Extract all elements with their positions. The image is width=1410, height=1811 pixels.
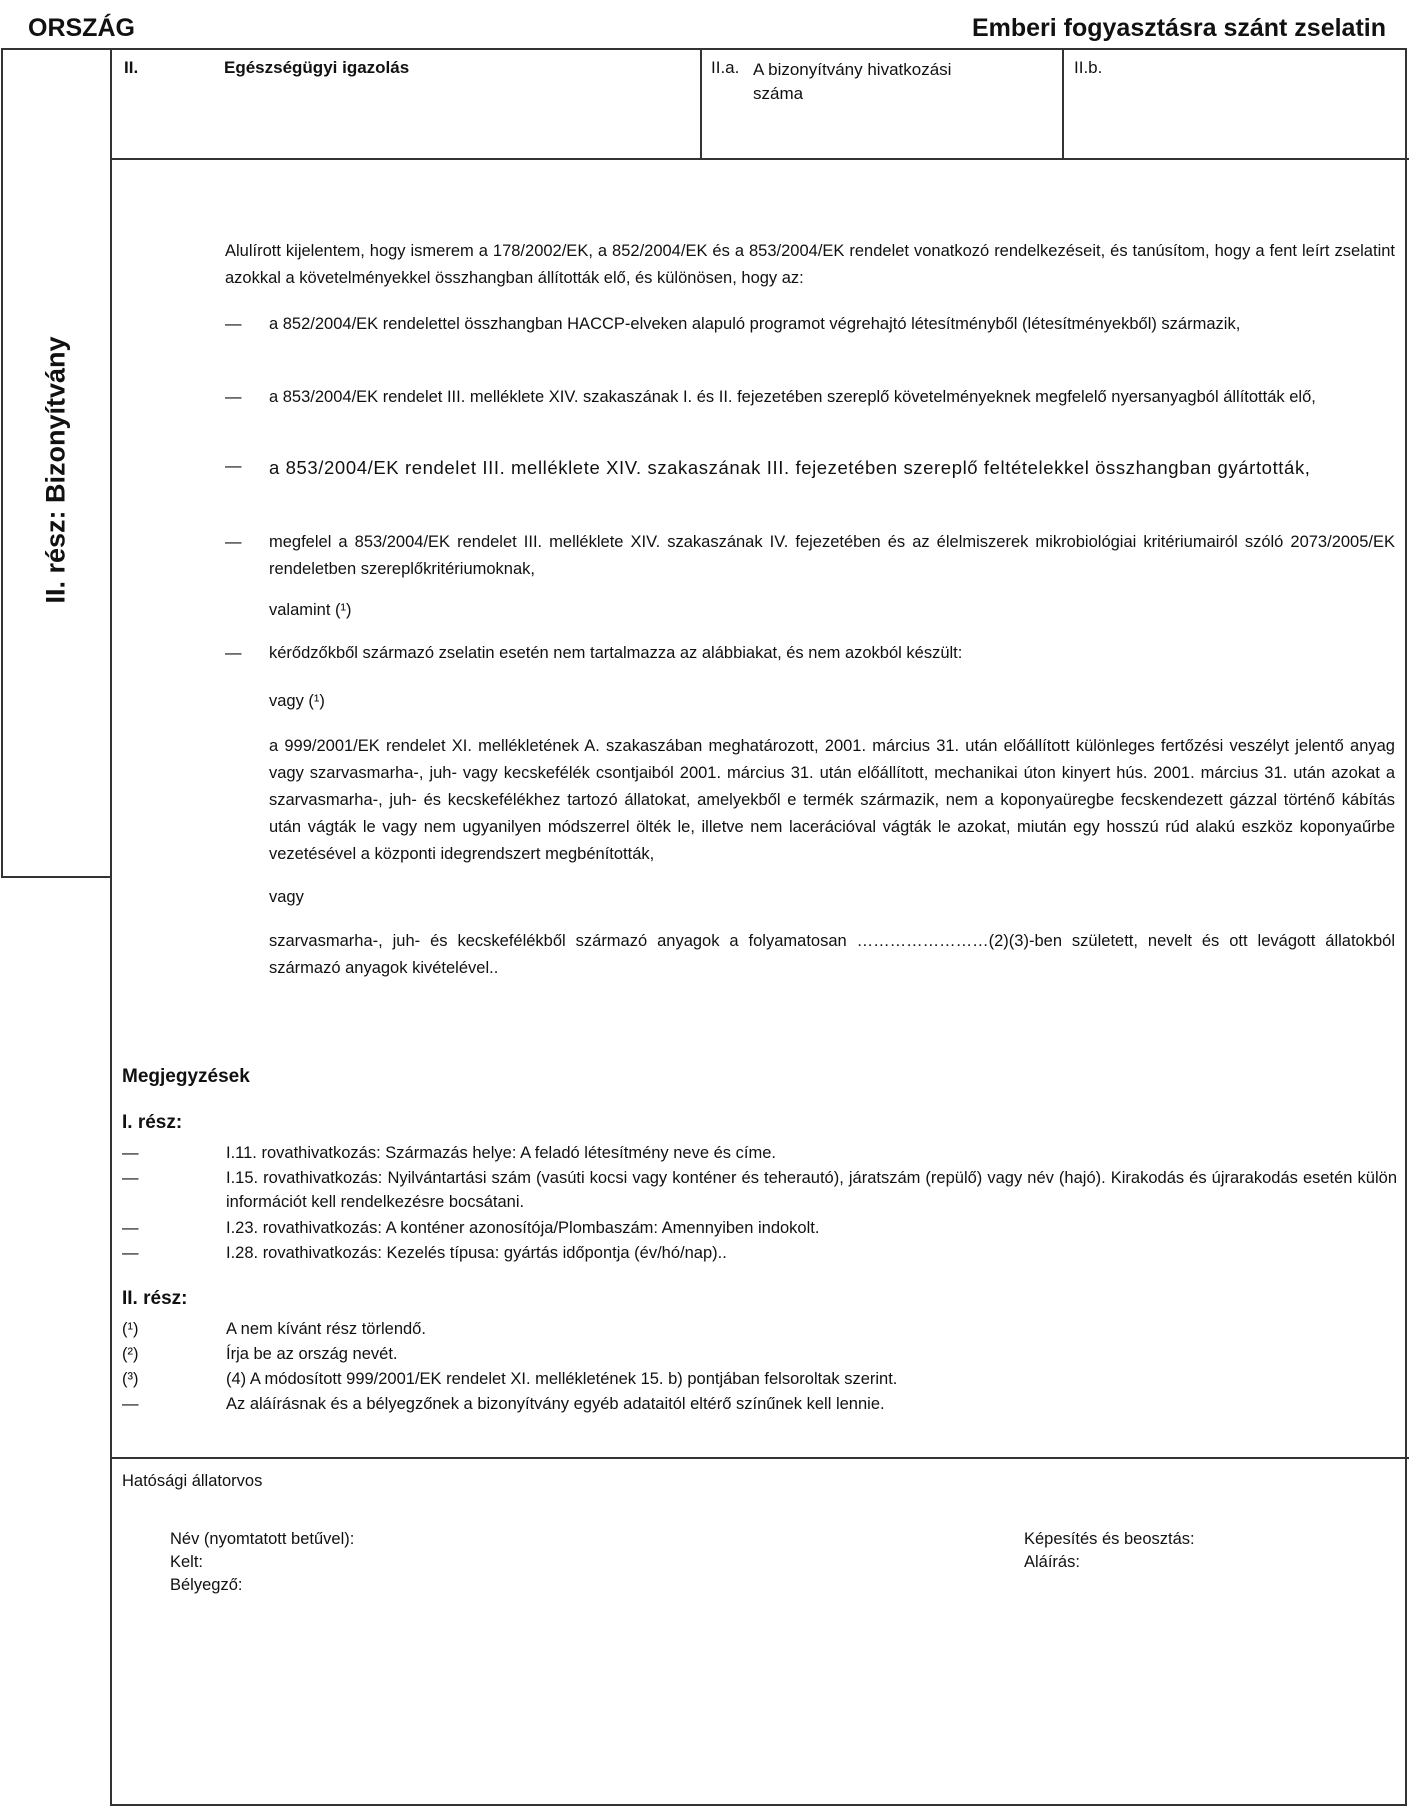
note-item: — Az aláírásnak és a bélyegzőnek a bizon… [122,1392,1397,1416]
signature-label: Aláírás: [1024,1553,1080,1572]
note-item: (¹) A nem kívánt rész törlendő. [122,1317,1397,1341]
column-divider-b [1062,48,1064,159]
signature-title: Hatósági állatorvos [122,1472,262,1491]
notes-part1-title: I. rész: [122,1112,182,1134]
vagy-option-1: vagy (¹) [269,688,1395,715]
ref-label-line1: A bizonyítvány hivatkozási [753,58,951,82]
date-field[interactable] [230,1551,960,1573]
valamint-text: valamint (¹) [269,597,1395,624]
certificate-reference-field[interactable] [711,110,1056,154]
column-divider-a [700,48,702,159]
note-item: — I.11. rovathivatkozás: Származás helye… [122,1141,1397,1165]
note-item: (³) (4) A módosított 999/2001/EK rendele… [122,1367,1397,1391]
qualification-label: Képesítés és beosztás: [1024,1530,1195,1549]
box-b-field[interactable] [1074,80,1399,152]
signature-field[interactable] [1100,1551,1395,1611]
dash-bullet: — [225,453,242,480]
stamp-area[interactable] [170,1600,960,1790]
dash-bullet: — [225,384,242,411]
dash-bullet: — [225,640,242,667]
certification-item: — megfelel a 853/2004/EK rendelet III. m… [225,529,1395,583]
name-label: Név (nyomtatott betűvel): [170,1530,354,1549]
note-item: — I.28. rovathivatkozás: Kezelés típusa:… [122,1241,1397,1265]
dash-bullet: — [225,529,242,556]
certification-item: — a 852/2004/EK rendelettel összhangban … [225,311,1395,338]
ref-label: A bizonyítvány hivatkozási száma [753,58,951,106]
note-item: (²) Írja be az ország nevét. [122,1342,1397,1366]
name-field[interactable] [400,1528,960,1550]
notes-title: Megjegyzések [122,1066,250,1088]
note-item: — I.23. rovathivatkozás: A konténer azon… [122,1216,1397,1240]
option-b-text: szarvasmarha-, juh- és kecskefélékből sz… [269,928,1395,982]
side-label: II. rész: Bizonyítvány [41,336,72,603]
ruminant-item: — kérődzőkből származó zselatin esetén n… [225,640,1395,667]
note-item: — I.15. rovathivatkozás: Nyilvántartási … [122,1166,1397,1214]
section-number: II. [124,58,138,78]
dash-bullet: — [225,311,242,338]
document-title: Emberi fogyasztásra szánt zselatin [972,14,1386,43]
certification-item: — a 853/2004/EK rendelet III. melléklete… [225,384,1395,411]
country-label: ORSZÁG [28,14,135,43]
box-b-code: II.b. [1074,58,1102,78]
ref-code: II.a. [711,58,739,78]
option-a-text: a 999/2001/EK rendelet XI. mellékletének… [269,733,1395,868]
stamp-label: Bélyegző: [170,1576,242,1595]
header-row-divider [110,158,1409,160]
qualification-field[interactable] [1200,1528,1395,1550]
signature-divider [110,1457,1409,1459]
ref-label-line2: száma [753,82,951,106]
certification-item: — a 853/2004/EK rendelet III. melléklete… [225,453,1395,483]
notes-part2-title: II. rész: [122,1288,187,1310]
date-label: Kelt: [170,1553,203,1572]
section-title: Egészségügyi igazolás [224,58,409,78]
vagy-option-2: vagy [269,884,1395,911]
certification-intro: Alulírott kijelentem, hogy ismerem a 178… [225,238,1395,292]
